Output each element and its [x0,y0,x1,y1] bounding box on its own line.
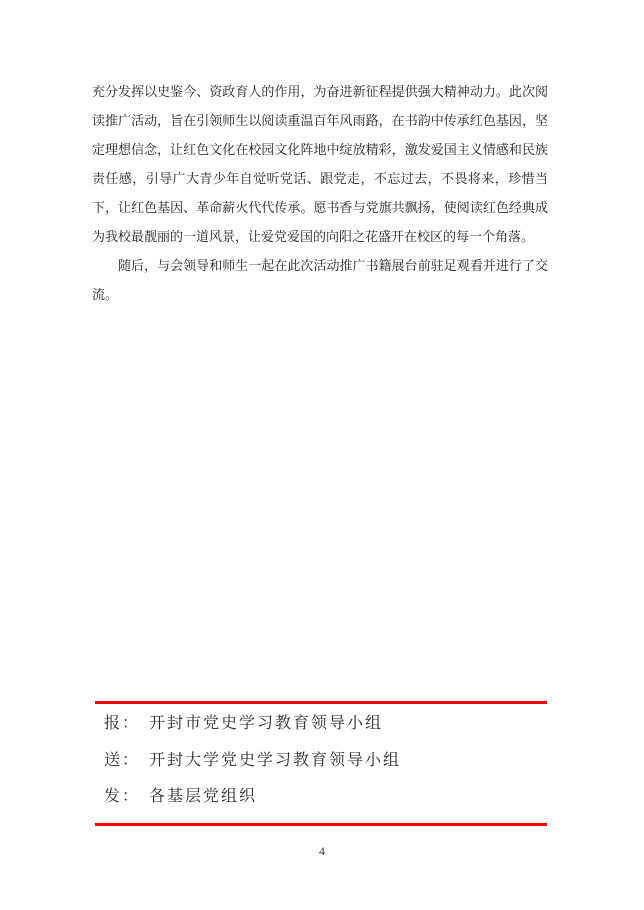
distribution-value: 开封大学党史学习教育领导小组 [149,743,401,780]
footer-rule-bottom [95,823,547,826]
body-paragraph-1: 充分发挥以史鉴今、资政育人的作用，为奋进新征程提供强大精神动力。此次阅读推广活动… [92,77,548,251]
distribution-row: 送： 开封大学党史学习教育领导小组 [95,743,547,780]
distribution-row: 报： 开封市党史学习教育领导小组 [95,706,547,743]
page-number: 4 [0,844,644,858]
distribution-value: 开封市党史学习教育领导小组 [149,706,383,743]
footer-rule-top [95,701,547,704]
document-page: 充分发挥以史鉴今、资政育人的作用，为奋进新征程提供强大精神动力。此次阅读推广活动… [0,0,644,910]
distribution-list: 报： 开封市党史学习教育领导小组 送： 开封大学党史学习教育领导小组 发： 各基… [95,706,547,816]
body-text-block: 充分发挥以史鉴今、资政育人的作用，为奋进新征程提供强大精神动力。此次阅读推广活动… [92,77,548,309]
body-paragraph-2: 随后，与会领导和师生一起在此次活动推广书籍展台前驻足观看并进行了交流。 [92,251,548,309]
distribution-label: 报： [104,706,140,743]
distribution-label: 送： [104,743,140,780]
distribution-row: 发： 各基层党组织 [95,779,547,816]
distribution-label: 发： [104,779,140,816]
distribution-value: 各基层党组织 [149,779,257,816]
